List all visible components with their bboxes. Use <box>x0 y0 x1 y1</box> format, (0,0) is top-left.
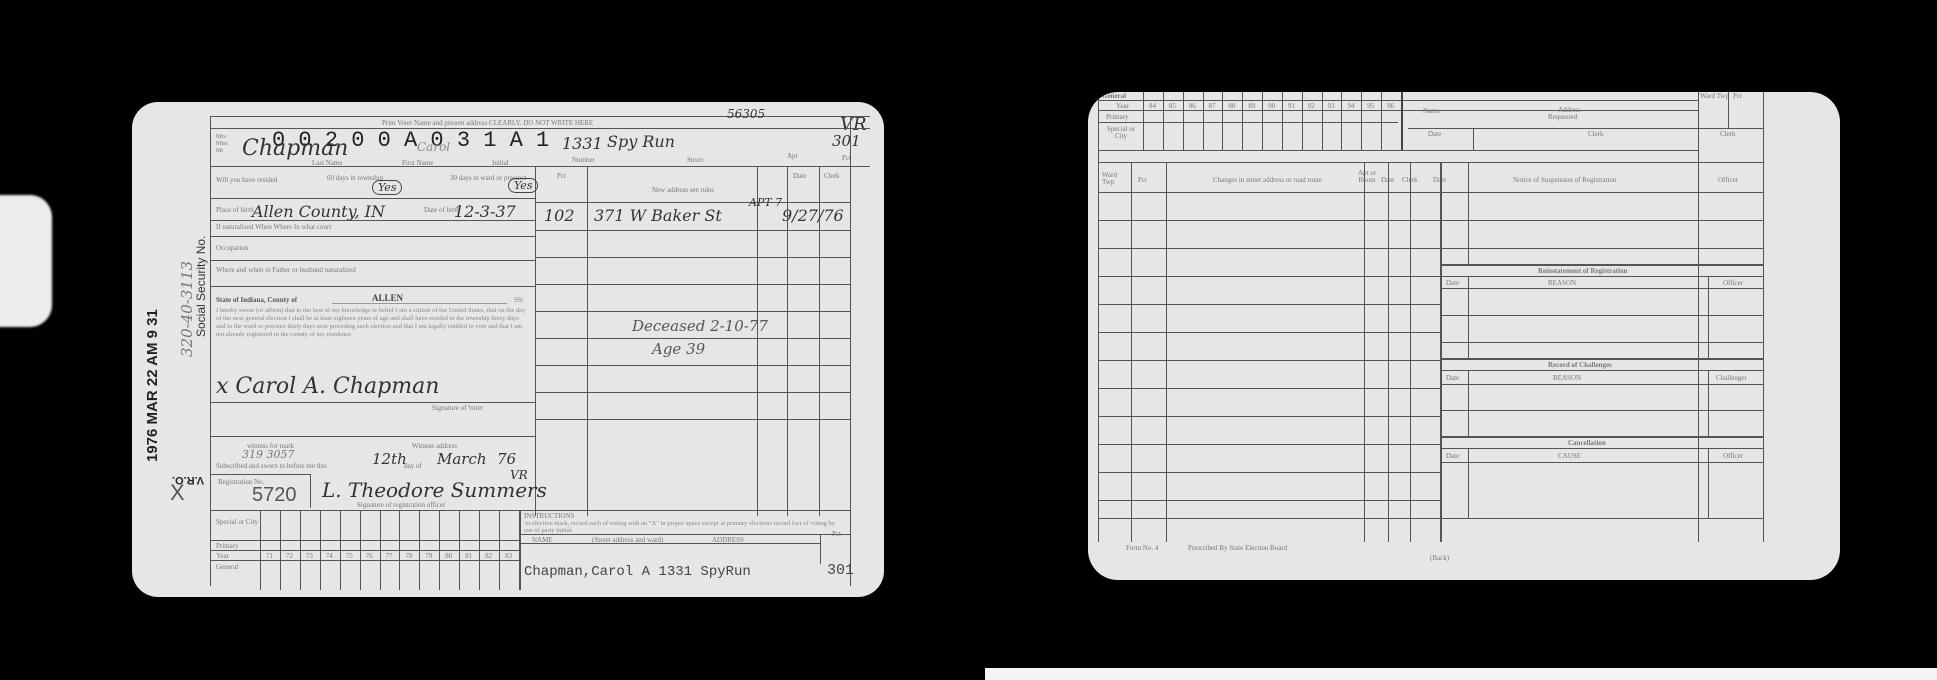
back-label: (Back) <box>1430 554 1449 562</box>
ssn-value: 320-40-3113 <box>178 261 196 357</box>
instructions-text: At election mark, record each of voting … <box>524 520 844 534</box>
sixty-days-answer: Yes <box>372 180 402 195</box>
place-of-birth-label: Place of birth <box>216 206 254 214</box>
pct-col-label: Pct <box>557 172 566 180</box>
cancellation-cause-label: CAUSE <box>1558 452 1581 460</box>
place-of-birth-value: Allen County, IN <box>252 202 385 221</box>
subscribed-label: Subscribed and sworn to before me this <box>216 462 327 470</box>
challenges-reason-label: REASON <box>1553 374 1581 382</box>
ssn-label: Social Security No. <box>194 236 208 337</box>
header-instruction: Print Voter Name and present address CLE… <box>382 119 593 127</box>
back-ward-twp-label: Ward Twp <box>1700 92 1729 100</box>
suspension-notice-label: Notice of Suspension of Registration <box>1513 176 1616 184</box>
back-year-grid: 84 85 86 87 88 89 90 91 92 93 94 95 96 <box>1143 92 1403 150</box>
remark-age: Age 39 <box>652 340 705 358</box>
back-grid-label-general: General <box>1102 92 1126 100</box>
reinstatement-officer-label: Officer <box>1723 279 1743 287</box>
date-col-label: Date <box>793 172 806 180</box>
change-address-value: 371 W Baker St <box>594 206 722 225</box>
challenges-title: Record of Challenges <box>1548 361 1612 369</box>
thirty-days-answer: Yes <box>508 178 538 193</box>
changes-apt-label: Apt or Room <box>1356 170 1378 184</box>
back-clerk-label: Clerk <box>1588 130 1604 138</box>
back-name-label: Name <box>1423 107 1440 115</box>
back-grid-label-year: Year <box>1116 102 1129 110</box>
change-pct-value: 102 <box>544 206 575 225</box>
adjacent-card-fragment <box>0 195 52 327</box>
scan-edge-strip <box>985 668 1937 680</box>
state-county-label: State of Indiana, County of <box>216 296 297 304</box>
subscribed-month: March <box>437 450 487 468</box>
instructions-title: INSTRUCTIONS <box>524 512 575 520</box>
change-apt-value: APT 7 <box>749 196 782 209</box>
witness-mark-value: 319 3057 <box>242 448 295 461</box>
back-requested-label: Requested <box>1548 113 1577 121</box>
suspension-officer-label: Officer <box>1718 176 1738 184</box>
title-labels: MrsMissMr <box>216 134 228 155</box>
header-code: 56305 <box>727 107 765 121</box>
challenges-date-label: Date <box>1446 374 1459 382</box>
day-of-label: day of <box>404 462 422 470</box>
cancellation-officer-label: Officer <box>1723 452 1743 460</box>
subscribed-year: 76 <box>497 450 516 468</box>
front-year-grid: 71 72 73 74 75 76 77 78 79 80 81 82 83 <box>260 510 520 590</box>
street-label: Street <box>687 156 703 164</box>
will-reside-label: Will you have resided <box>216 176 277 184</box>
precinct-value: 301 <box>832 132 861 150</box>
signature-officer-label: Signature of registration officer <box>357 501 445 509</box>
footer-pct-label: Pct <box>832 530 841 538</box>
reinstatement-reason-label: REASON <box>1548 279 1576 287</box>
street-value: Spy Run <box>607 132 675 151</box>
x-mark: X <box>170 480 185 506</box>
number-label: Number <box>572 156 595 164</box>
remark-deceased: Deceased 2-10-77 <box>632 317 768 335</box>
oath-text: I hereby swear (or affirm) that to the b… <box>216 307 526 339</box>
changes-ward-label: Ward Twp <box>1102 172 1127 186</box>
date-of-birth-value: 12-3-37 <box>454 202 516 221</box>
cancellation-date-label: Date <box>1446 452 1459 460</box>
witness-address-label: Witness address <box>412 442 457 450</box>
reinstatement-title: Reinstatement of Registration <box>1538 267 1627 275</box>
back-grid-label-primary: Primary <box>1106 113 1129 121</box>
signature-voter-label: Signature of Voter <box>432 404 483 412</box>
ss-label: SS: <box>514 296 524 304</box>
grid-label-general: General <box>216 563 238 571</box>
prescribed-by: Prescribed By State Election Board <box>1188 544 1287 552</box>
grid-label-primary: Primary <box>216 542 239 550</box>
back-grid-label-special: Special or City <box>1106 126 1136 140</box>
changes-address-label: Changes in street address or road route <box>1213 176 1322 184</box>
house-number-value: 1331 <box>562 134 603 153</box>
naturalized-label: If naturalized When Where In what court <box>216 223 331 231</box>
first-name-value: Carol <box>417 140 450 154</box>
occupation-label: Occupation <box>216 244 248 252</box>
change-date-value: 9/27/76 <box>782 206 844 225</box>
clerk-col-label: Clerk <box>824 172 840 180</box>
typed-name-address: Chapman,Carol A 1331 SpyRun <box>524 564 751 580</box>
challenges-challenger-label: Challenger <box>1716 374 1747 382</box>
grid-label-year: Year <box>216 552 229 560</box>
grid-label-special: Special or City <box>216 518 258 526</box>
typed-precinct: 301 <box>827 562 854 579</box>
officer-initials: VR <box>510 468 528 482</box>
last-name-value: Chapman <box>242 136 348 161</box>
registration-card-front: Print Voter Name and present address CLE… <box>132 102 884 597</box>
county-value: ALLEN <box>372 293 403 303</box>
new-address-col-label: New address see rules <box>652 186 714 194</box>
apt-label: Apt <box>787 152 798 160</box>
back-clerk-label-right: Clerk <box>1720 130 1736 138</box>
subscribed-day: 12th <box>372 450 407 468</box>
registration-no-value: 5720 <box>252 484 297 507</box>
received-stamp: 1976 MAR 22 AM 9 31 <box>144 309 161 462</box>
wife-husband-label: Where and when in Father or husband natu… <box>216 266 356 274</box>
cancellation-title: Cancellation <box>1568 439 1606 447</box>
back-pct-label: Pct <box>1733 92 1742 100</box>
reinstatement-date-label: Date <box>1446 279 1459 287</box>
registration-card-back: General Year Primary Special or City 84 … <box>1088 92 1840 580</box>
back-date-label: Date <box>1428 130 1441 138</box>
form-number: Form No. 4 <box>1126 544 1158 552</box>
changes-pct-label: Pct <box>1138 176 1147 184</box>
voter-signature: x Carol A. Chapman <box>216 374 439 399</box>
